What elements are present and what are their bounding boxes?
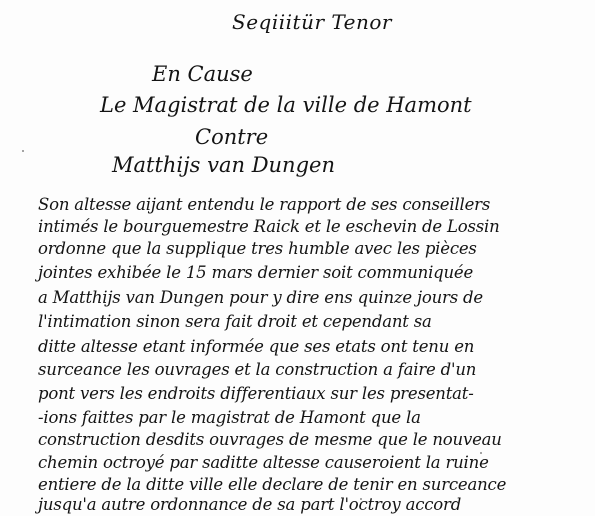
paper-speck	[360, 498, 362, 500]
document-title: Seqiiitür Tenor	[232, 12, 392, 32]
body-line-5: a Matthijs van Dungen pour y dire ens qu…	[38, 290, 483, 307]
body-line-4: jointes exhibée le 15 mars dernier soit …	[38, 265, 473, 282]
paper-speck	[480, 452, 482, 454]
paper-speck	[22, 150, 24, 152]
heading-en-cause: En Cause	[152, 64, 253, 85]
body-line-12: chemin octroyé par saditte altesse cause…	[38, 455, 489, 472]
heading-contre: Contre	[195, 127, 268, 148]
body-line-13: entiere de la ditte ville elle declare d…	[38, 477, 506, 494]
body-line-9: pont vers les endroits differentiaux sur…	[38, 386, 474, 403]
body-line-6: l'intimation sinon sera fait droit et ce…	[38, 314, 432, 331]
body-line-1: Son altesse aijant entendu le rapport de…	[38, 197, 490, 214]
body-line-7: ditte altesse etant informée que ses eta…	[38, 339, 474, 356]
heading-plaintiff: Le Magistrat de la ville de Hamont	[100, 95, 472, 116]
body-line-11: construction desdits ouvrages de mesme q…	[38, 432, 502, 449]
body-line-8: surceance les ouvrages et la constructio…	[38, 362, 476, 379]
body-line-10: -ions faittes par le magistrat de Hamont…	[38, 410, 421, 427]
body-line-14: jusqu'a autre ordonnance de sa part l'oc…	[38, 497, 461, 514]
body-line-3: ordonne que la supplique tres humble ave…	[38, 241, 477, 258]
manuscript-page: Seqiiitür Tenor En Cause Le Magistrat de…	[0, 0, 595, 516]
body-line-2: intimés le bourguemestre Raick et le esc…	[38, 219, 500, 236]
heading-defendant: Matthijs van Dungen	[112, 155, 335, 176]
